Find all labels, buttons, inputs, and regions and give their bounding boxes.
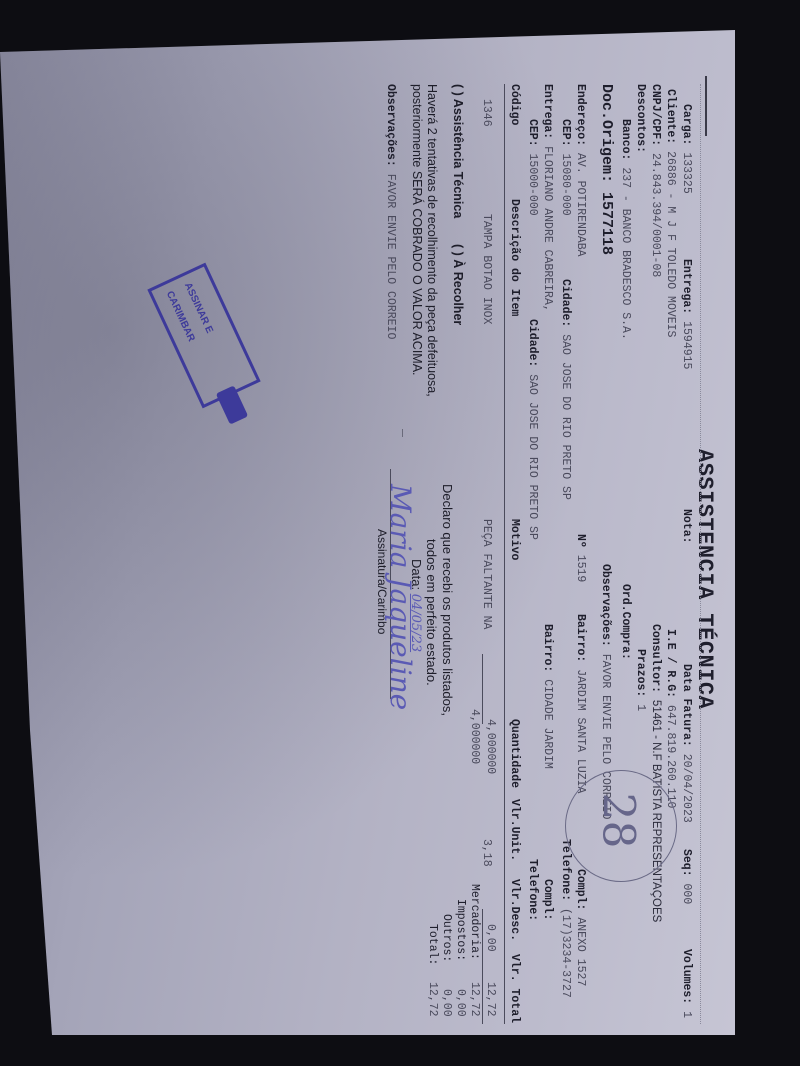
impostos-label: Impostos: [454,899,467,961]
ie-rg-field: I.E / R.G: 647.819.260.110 [664,629,677,808]
cep-field: CEP: 15080-000 [559,119,572,216]
impostos-value: 0,00 [454,989,467,1017]
total-divider [482,909,483,1024]
cell-motivo: PEÇA FALTANTE NA [480,519,493,629]
entrega-bairro-field: Bairro: CIDADE JARDIM [541,624,554,769]
col-vlr-unit: Vlr.Unit. [508,799,521,861]
footer-observacoes: Observações: FAVOR ENVIE PELO CORREIO [384,84,397,339]
cell-codigo: 1346 [480,99,493,127]
col-vlr-total: Vlr. Total [508,954,521,1023]
declaration-line-1: Declaro que recebi os produtos listados, [440,484,455,716]
total-label: Total: [426,924,439,965]
prazos-field: Prazos: 1 [634,649,647,711]
volumes-field: Volumes: 1 [680,949,693,1018]
cell-vlr-total: 12,72 [484,982,497,1017]
banco-field: Banco: 237 - BANCO BRADESCO S.A. [619,119,632,340]
entrega-cidade-field: Cidade: SAO JOSE DO RIO PRETO SP [526,319,539,540]
cell-vlr-desc: 0,00 [484,924,497,952]
notice-line-2: posteriormente SERÁ COBRADO O VALOR ACIM… [410,84,424,376]
col-motivo: Motivo [508,519,521,560]
bairro-field: Bairro: JARDIM SANTA LUZIA [574,614,587,793]
stray-mark [402,429,403,437]
option-assistencia-tecnica[interactable]: ( ) Assistência Técnica [451,84,465,218]
mercadoria-value: 12,72 [468,982,481,1017]
col-descricao: Descrição do Item [508,199,521,316]
descontos-field: Descontos: [634,84,647,153]
entrega-address-field: Entrega: FLORIANO ANDRE CABREIRA, [541,84,554,312]
declaration-line-2: todos em perfeito estado. [424,539,439,686]
document-title: ASSISTENCIA TÉCNICA [692,449,717,709]
col-vlr-desc: Vlr.Desc. [508,879,521,941]
entrega-compl-field: Compl: [541,879,554,920]
compl-field: Compl: ANEXO 1527 [574,869,587,986]
seq-field: Seq: 000 [680,849,693,904]
handwritten-number: 28 [593,793,644,849]
telefone-field: Telefone: (17)3234-3727 [559,839,572,998]
entrega-telefone-field: Telefone: [526,859,539,921]
cnpj-field: CNPJ/CPF: 24.843.394/0001-08 [649,84,662,277]
header-divider [700,84,701,1024]
data-fatura-field: Data Fatura: 20/04/2023 [680,664,693,823]
mercadoria-label: Mercadoria: [468,884,481,960]
total-value: 12,72 [426,982,439,1017]
numero-field: Nº 1519 [574,534,587,582]
cidade-field: Cidade: SAO JOSE DO RIO PRETO SP [559,279,572,500]
endereco-field: Endereço: AV. POTIRENDABA [574,84,587,257]
outros-value: 0,00 [440,989,453,1017]
option-a-recolher[interactable]: ( ) À Recolher [451,244,465,325]
notice-line-1: Haverá 2 tentativas de recolhimento da p… [425,84,439,397]
cell-descricao: TAMPA BOTAO INOX [480,214,493,324]
col-quantidade: Quantidade [508,719,521,788]
top-mark [705,76,707,136]
nota-field: Nota: [680,509,693,544]
cliente-field: Cliente: 26886 - M J F TOLEDO MOVEIS [664,89,677,337]
table-header-divider [504,84,505,1024]
qty-divider [482,654,483,724]
quantidade-total: 4,000000 [468,709,481,764]
cell-quantidade: 4,000000 [484,719,497,774]
entrega-cep-field: CEP: 15000-000 [526,119,539,216]
consultor-field: Consultor: 51461 - N.F BATISTA REPRESENT… [649,624,662,922]
col-codigo: Código [508,84,521,125]
assistencia-tecnica-form: ASSISTENCIA TÉCNICA Carga: 133325 Entreg… [63,84,703,1024]
outros-label: Outros: [440,914,453,962]
cell-vlr-unit: 3,18 [480,839,493,867]
ord-compra-field: Ord.Compra: [619,584,632,660]
entrega-field: Entrega: 1594915 [680,259,693,369]
doc-origem-field: Doc.Origem: 1577118 [598,84,615,255]
handwritten-signature: Maria Jaqueline [384,484,417,710]
carga-field: Carga: 133325 [680,104,693,194]
